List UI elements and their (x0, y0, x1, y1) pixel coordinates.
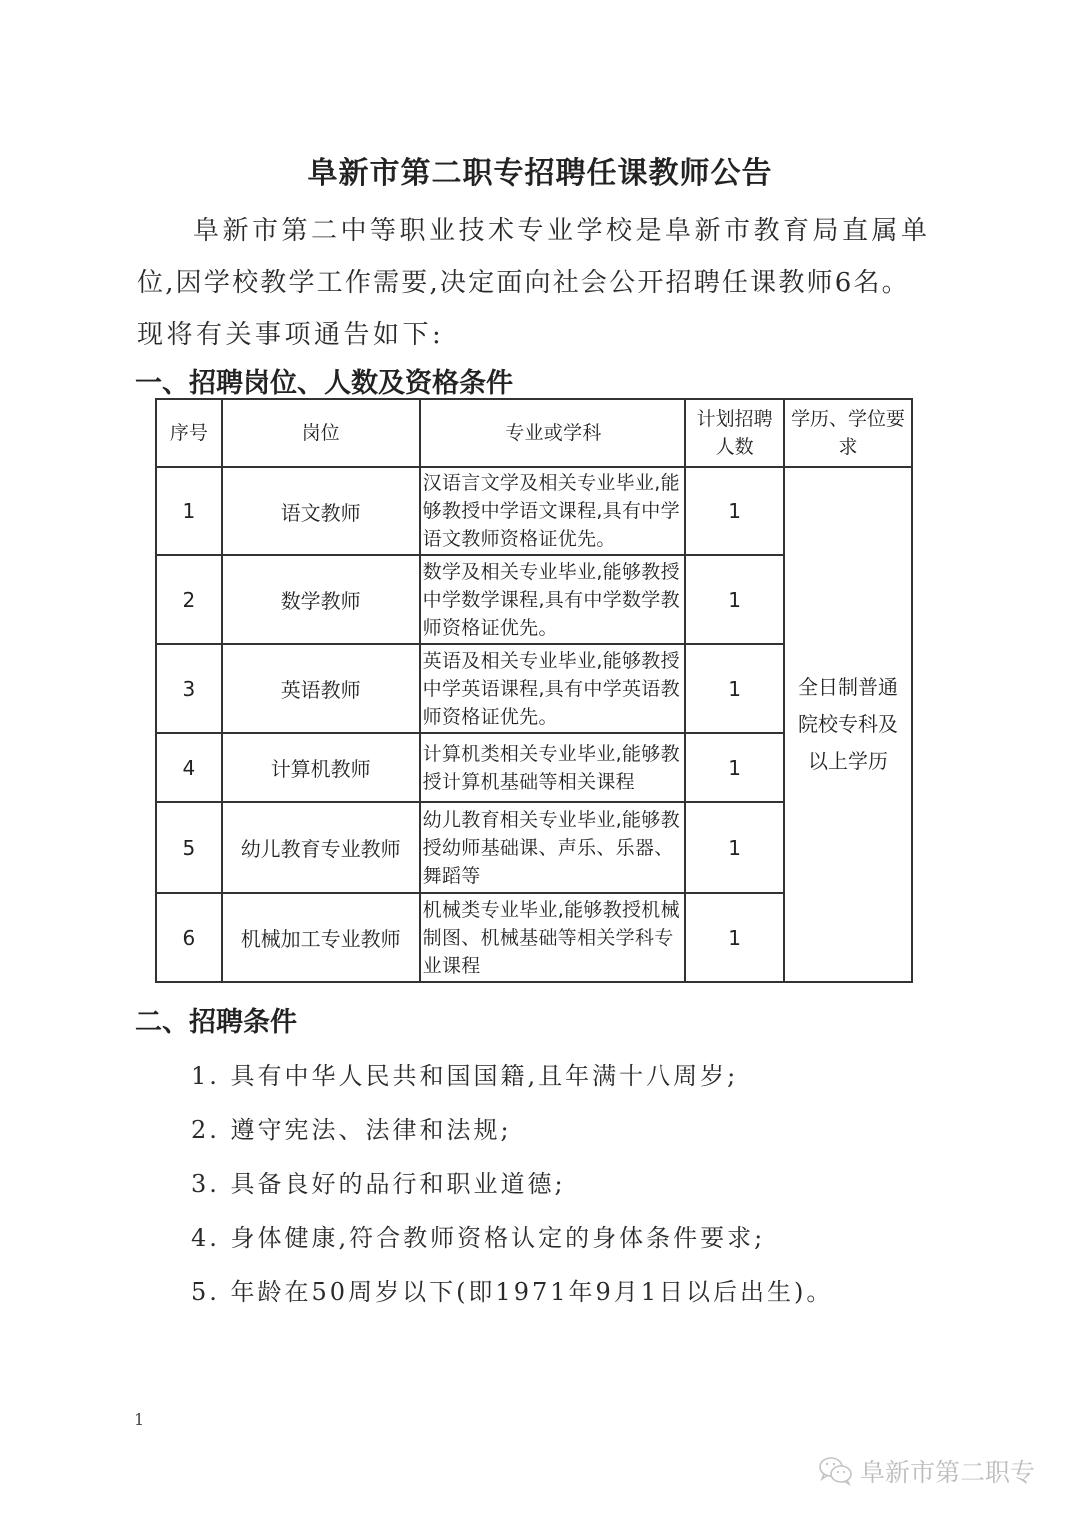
cell-position: 幼儿教育专业教师 (222, 802, 420, 893)
cell-count: 1 (685, 802, 784, 893)
cell-position: 数学教师 (222, 555, 420, 644)
condition-item-5: 5. 年龄在50周岁以下(即1971年9月1日以后出生)。 (191, 1272, 833, 1307)
cell-position: 英语教师 (222, 644, 420, 733)
header-no: 序号 (156, 399, 222, 467)
watermark-text: 阜新市第二职专 (860, 1453, 1035, 1489)
watermark: 阜新市第二职专 (818, 1453, 1035, 1489)
section-2-heading: 二、招聘条件 (135, 1000, 297, 1039)
cell-major: 机械类专业毕业,能够教授机械制图、机械基础等相关学科专业课程 (420, 893, 686, 982)
cell-no: 3 (156, 644, 222, 733)
cell-major: 数学及相关专业毕业,能够教授中学数学课程,具有中学数学教师资格证优先。 (420, 555, 686, 644)
condition-item-3: 3. 具备良好的品行和职业道德; (191, 1164, 566, 1199)
cell-no: 2 (156, 555, 222, 644)
cell-count: 1 (685, 467, 784, 555)
cell-count: 1 (685, 733, 784, 802)
condition-item-1: 1. 具有中华人民共和国国籍,且年满十八周岁; (191, 1056, 738, 1091)
condition-item-4: 4. 身体健康,符合教师资格认定的身体条件要求; (191, 1218, 765, 1253)
cell-no: 5 (156, 802, 222, 893)
cell-count: 1 (685, 555, 784, 644)
document-title: 阜新市第二职专招聘任课教师公告 (0, 148, 1080, 192)
cell-count: 1 (685, 644, 784, 733)
cell-major: 幼儿教育相关专业毕业,能够教授幼师基础课、声乐、乐器、舞蹈等 (420, 802, 686, 893)
positions-table: 序号 岗位 专业或学科 计划招聘人数 学历、学位要求 1 语文教师 汉语言文学及… (155, 398, 913, 983)
cell-position: 机械加工专业教师 (222, 893, 420, 982)
header-education: 学历、学位要求 (784, 399, 912, 467)
intro-line-1: 阜新市第二中等职业技术专业学校是阜新市教育局直属单 (193, 210, 993, 247)
table-header-row: 序号 岗位 专业或学科 计划招聘人数 学历、学位要求 (156, 399, 912, 467)
cell-position: 语文教师 (222, 467, 420, 555)
intro-line-3: 现将有关事项通告如下: (137, 314, 937, 351)
cell-no: 6 (156, 893, 222, 982)
wechat-icon (818, 1456, 854, 1486)
table-row: 1 语文教师 汉语言文学及相关专业毕业,能够教授中学语文课程,具有中学语文教师资… (156, 467, 912, 555)
cell-count: 1 (685, 893, 784, 982)
cell-major: 计算机类相关专业毕业,能够教授计算机基础等相关课程 (420, 733, 686, 802)
cell-major: 汉语言文学及相关专业毕业,能够教授中学语文课程,具有中学语文教师资格证优先。 (420, 467, 686, 555)
document-page: 阜新市第二职专招聘任课教师公告 阜新市第二中等职业技术专业学校是阜新市教育局直属… (0, 0, 1080, 1527)
section-1-heading: 一、招聘岗位、人数及资格条件 (135, 361, 513, 400)
header-position: 岗位 (222, 399, 420, 467)
intro-line-2: 位,因学校教学工作需要,决定面向社会公开招聘任课教师6名。 (137, 262, 937, 299)
cell-no: 4 (156, 733, 222, 802)
condition-item-2: 2. 遵守宪法、法律和法规; (191, 1110, 512, 1145)
cell-education-merged: 全日制普通院校专科及以上学历 (784, 467, 912, 982)
cell-major: 英语及相关专业毕业,能够教授中学英语课程,具有中学英语教师资格证优先。 (420, 644, 686, 733)
cell-no: 1 (156, 467, 222, 555)
cell-position: 计算机教师 (222, 733, 420, 802)
header-count: 计划招聘人数 (685, 399, 784, 467)
header-major: 专业或学科 (420, 399, 686, 467)
page-number: 1 (134, 1410, 144, 1429)
